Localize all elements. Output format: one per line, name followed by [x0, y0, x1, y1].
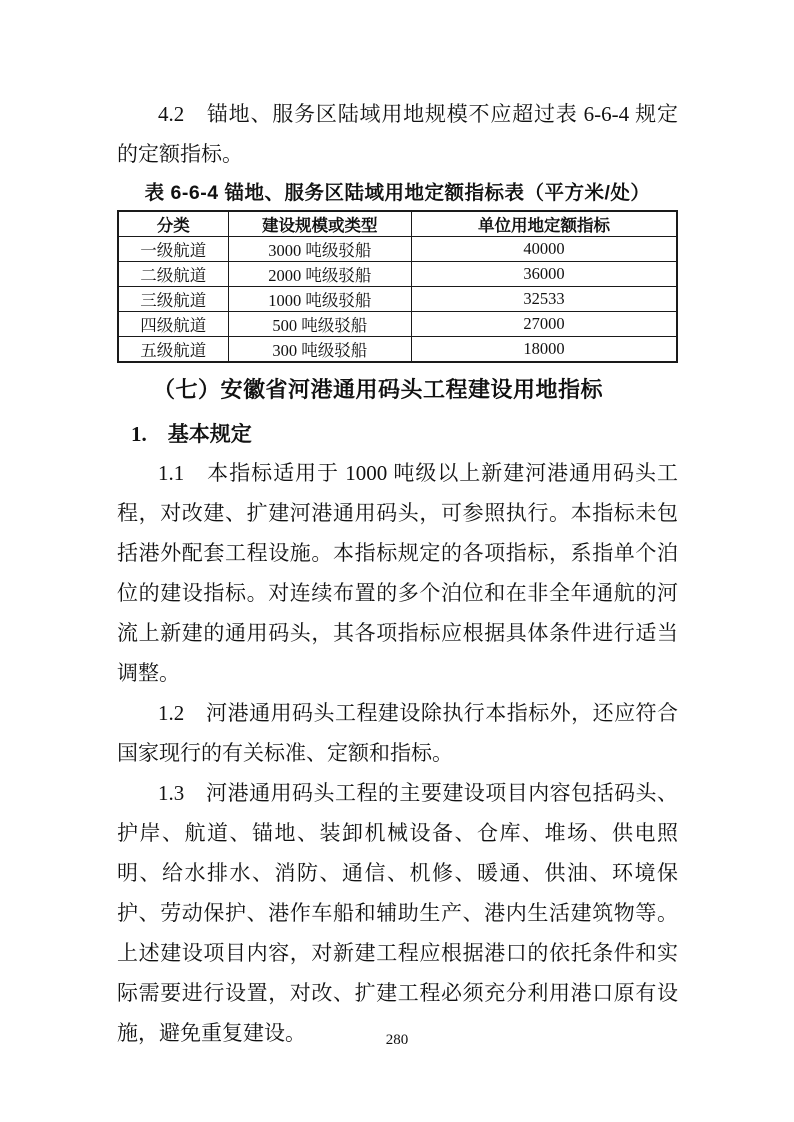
document-page: 4.2 锚地、服务区陆域用地规模不应超过表 6-6-4 规定的定额指标。 表 6…: [0, 0, 794, 1122]
quota-table-cell: 3000 吨级驳船: [228, 237, 411, 262]
quota-table-row: 四级航道500 吨级驳船27000: [118, 312, 677, 337]
paragraph-1-3: 1.3 河港通用码头工程的主要建设项目内容包括码头、护岸、航道、锚地、装卸机械设…: [117, 773, 678, 1053]
quota-table-header-row: 分类建设规模或类型单位用地定额指标: [118, 211, 677, 237]
quota-table-cell: 40000: [411, 237, 677, 262]
quota-table-cell: 二级航道: [118, 262, 228, 287]
quota-table-body: 一级航道3000 吨级驳船40000二级航道2000 吨级驳船36000三级航道…: [118, 237, 677, 363]
paragraph-4-2: 4.2 锚地、服务区陆域用地规模不应超过表 6-6-4 规定的定额指标。: [117, 94, 678, 174]
quota-table-cell: 300 吨级驳船: [228, 337, 411, 363]
page-number: 280: [0, 1030, 794, 1050]
quota-table-row: 一级航道3000 吨级驳船40000: [118, 237, 677, 262]
quota-table-cell: 36000: [411, 262, 677, 287]
quota-table-cell: 三级航道: [118, 287, 228, 312]
paragraph-1-1: 1.1 本指标适用于 1000 吨级以上新建河港通用码头工程，对改建、扩建河港通…: [117, 453, 678, 693]
quota-table-header-cell: 单位用地定额指标: [411, 211, 677, 237]
quota-table-cell: 27000: [411, 312, 677, 337]
table-caption: 表 6-6-4 锚地、服务区陆域用地定额指标表（平方米/处）: [117, 178, 678, 208]
section-heading: （七）安徽省河港通用码头工程建设用地指标: [153, 374, 678, 406]
quota-table-cell: 18000: [411, 337, 677, 363]
paragraph-1-2: 1.2 河港通用码头工程建设除执行本指标外，还应符合国家现行的有关标准、定额和指…: [117, 693, 678, 773]
quota-table-cell: 五级航道: [118, 337, 228, 363]
sub-heading: 1. 基本规定: [131, 418, 678, 450]
quota-table-header-cell: 分类: [118, 211, 228, 237]
quota-table-cell: 500 吨级驳船: [228, 312, 411, 337]
quota-table: 分类建设规模或类型单位用地定额指标 一级航道3000 吨级驳船40000二级航道…: [117, 210, 678, 363]
quota-table-row: 三级航道1000 吨级驳船32533: [118, 287, 677, 312]
quota-table-cell: 32533: [411, 287, 677, 312]
quota-table-header-cell: 建设规模或类型: [228, 211, 411, 237]
quota-table-cell: 一级航道: [118, 237, 228, 262]
quota-table-cell: 2000 吨级驳船: [228, 262, 411, 287]
quota-table-cell: 四级航道: [118, 312, 228, 337]
quota-table-row: 五级航道300 吨级驳船18000: [118, 337, 677, 363]
quota-table-cell: 1000 吨级驳船: [228, 287, 411, 312]
quota-table-row: 二级航道2000 吨级驳船36000: [118, 262, 677, 287]
